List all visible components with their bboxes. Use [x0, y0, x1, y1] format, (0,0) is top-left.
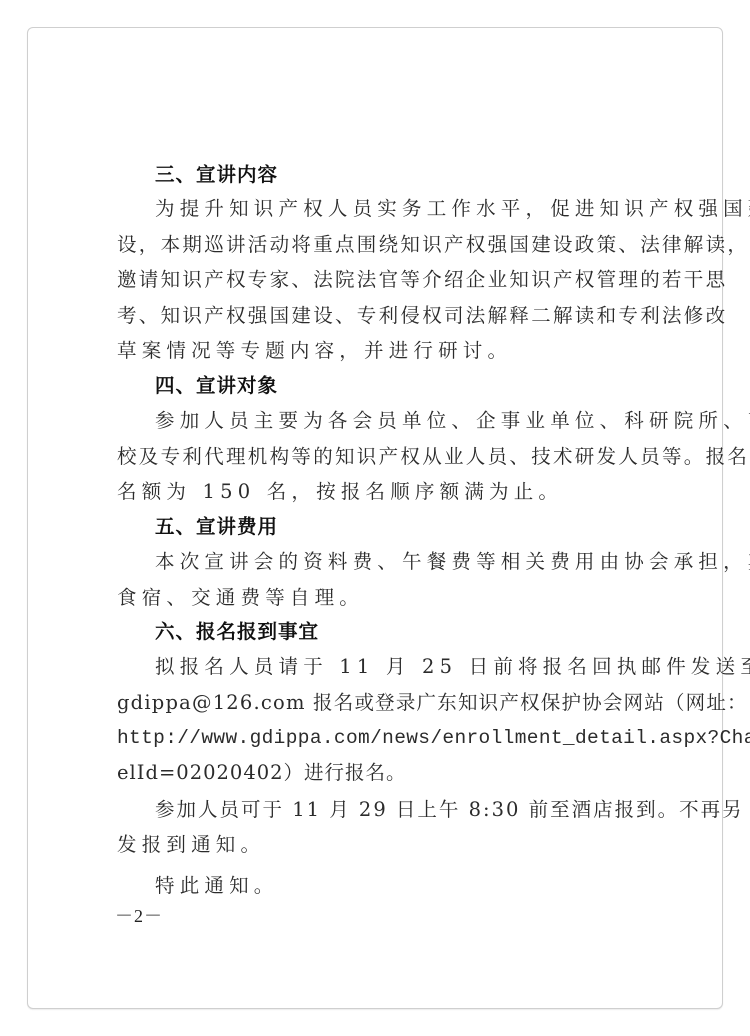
section-heading-registration: 六、报名报到事宜	[155, 619, 675, 645]
section-heading-fees: 五、宣讲费用	[155, 514, 675, 540]
paragraph-line: 参加人员主要为各会员单位、企事业单位、科研院所、高等院	[155, 408, 675, 434]
paragraph-line: 设，本期巡讲活动将重点围绕知识产权强国建设政策、法律解读，	[117, 232, 637, 258]
section-heading-content: 三、宣讲内容	[155, 162, 675, 188]
paragraph-line: 邀请知识产权专家、法院法官等介绍企业知识产权管理的若干思	[117, 267, 637, 293]
paragraph-line-url-cont: elId=02020402）进行报名。	[117, 760, 637, 786]
paragraph-line: 食宿、交通费等自理。	[117, 585, 637, 611]
paragraph-line: 本次宣讲会的资料费、午餐费等相关费用由协会承担，其他	[155, 549, 675, 575]
paragraph-line: 参加人员可于 11 月 29 日上午 8:30 前至酒店报到。不再另	[155, 797, 675, 823]
paragraph-line: 拟报名人员请于 11 月 25 日前将报名回执邮件发送至	[155, 654, 675, 680]
paragraph-line: 草案情况等专题内容，并进行研讨。	[117, 338, 637, 364]
paragraph-line: 校及专利代理机构等的知识产权从业人员、技术研发人员等。报名	[117, 444, 637, 470]
paragraph-line-url: http://www.gdippa.com/news/enrollment_de…	[117, 725, 637, 751]
paragraph-line-email: gdippa@126.com 报名或登录广东知识产权保护协会网站（网址：	[117, 690, 637, 716]
section-heading-audience: 四、宣讲对象	[155, 373, 675, 399]
closing-text: 特此通知。	[155, 873, 675, 899]
paragraph-line: 考、知识产权强国建设、专利侵权司法解释二解读和专利法修改	[117, 303, 637, 329]
paragraph-line: 名额为 150 名，按报名顺序额满为止。	[117, 479, 637, 505]
page-number: －2－	[115, 902, 163, 928]
paragraph-line: 发报到通知。	[117, 832, 637, 858]
paragraph-line: 为提升知识产权人员实务工作水平，促进知识产权强国建	[155, 196, 675, 222]
